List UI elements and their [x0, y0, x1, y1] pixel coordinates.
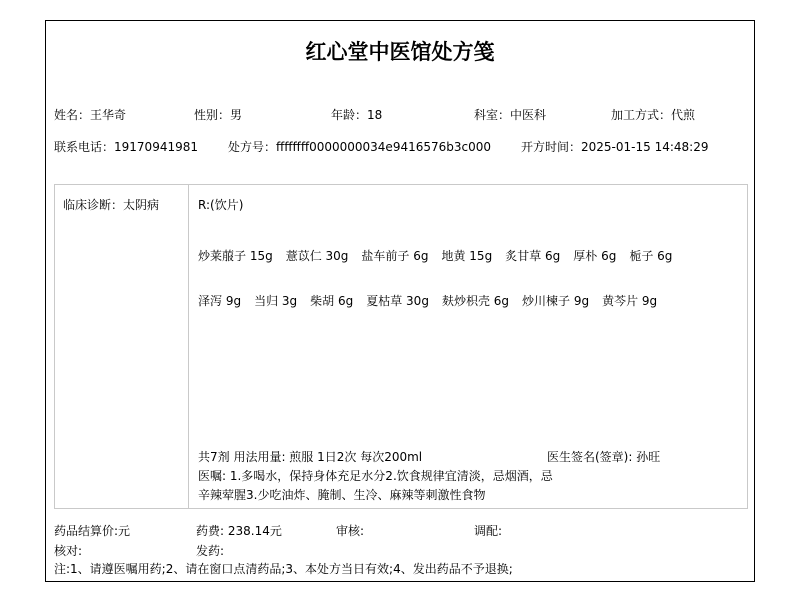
field-issued-time: 开方时间：2025-01-15 14:48:29 [521, 138, 708, 155]
herb-item: 盐车前子 6g [361, 249, 428, 263]
herb-item: 麸炒枳壳 6g [442, 294, 509, 308]
field-department: 科室：中医科 [474, 106, 546, 123]
herb-item: 当归 3g [254, 294, 297, 308]
field-rx-number-value: ffffffff0000000034e9416576b3c000 [276, 140, 491, 154]
herb-row-1: 炒莱菔子 15g薏苡仁 30g盐车前子 6g地黄 15g炙甘草 6g厚朴 6g栀… [198, 247, 685, 264]
field-department-label: 科室： [474, 108, 510, 122]
herb-item: 地黄 15g [441, 249, 492, 263]
field-issued-time-label: 开方时间： [521, 140, 581, 154]
herb-item: 黄芩片 9g [602, 294, 657, 308]
field-issue: 发药: [196, 542, 224, 559]
field-settle-price: 药品结算价:元 [54, 522, 130, 539]
doctor-signature-value: 孙旺 [636, 450, 660, 464]
prescription-sheet: 红心堂中医馆处方笺 姓名：王华奇 性别：男 年龄：18 科室：中医科 加工方式：… [45, 20, 755, 582]
herb-item: 炙甘草 6g [505, 249, 560, 263]
diagnosis-divider [188, 185, 189, 508]
field-gender-label: 性别： [194, 108, 230, 122]
field-age-value: 18 [367, 108, 382, 122]
field-rx-number: 处方号：ffffffff0000000034e9416576b3c000 [228, 138, 491, 155]
field-gender: 性别：男 [194, 106, 242, 123]
field-age-label: 年龄： [331, 108, 367, 122]
field-phone-value: 19170941981 [114, 140, 198, 154]
field-issued-time-value: 2025-01-15 14:48:29 [581, 140, 708, 154]
herb-item: 泽泻 9g [198, 294, 241, 308]
herb-item: 薏苡仁 30g [286, 249, 349, 263]
field-patient-name-label: 姓名： [54, 108, 90, 122]
herb-item: 夏枯草 30g [366, 294, 429, 308]
herb-item: 厚朴 6g [573, 249, 616, 263]
field-age: 年龄：18 [331, 106, 382, 123]
field-audit-label: 审核: [336, 524, 364, 538]
field-check: 核对: [54, 542, 82, 559]
page-title: 红心堂中医馆处方笺 [46, 36, 754, 66]
advice-line-2: 辛辣荤腥3.少吃油炸、腌制、生冷、麻辣等刺激性食物 [198, 486, 485, 503]
field-settle-price-label: 药品结算价: [54, 524, 118, 538]
field-patient-name: 姓名：王华奇 [54, 106, 126, 123]
field-processing-method-label: 加工方式： [611, 108, 671, 122]
field-patient-name-value: 王华奇 [90, 108, 126, 122]
prescription-box: 临床诊断：太阴病 R:(饮片) 炒莱菔子 15g薏苡仁 30g盐车前子 6g地黄… [54, 184, 748, 509]
usage-line: 共7剂 用法用量: 煎服 1日2次 每次200ml [198, 448, 422, 465]
field-dispense-label: 调配: [474, 524, 502, 538]
field-dispense: 调配: [474, 522, 502, 539]
footer-note: 注:1、请遵医嘱用药;2、请在窗口点清药品;3、本处方当日有效;4、发出药品不予… [54, 560, 513, 577]
field-fee: 药费: 238.14元 [196, 522, 282, 539]
field-issue-label: 发药: [196, 544, 224, 558]
herb-item: 炒川楝子 9g [522, 294, 589, 308]
herb-item: 柴胡 6g [310, 294, 353, 308]
field-diagnosis-value: 太阴病 [123, 198, 159, 212]
field-fee-value: 238.14元 [228, 524, 282, 538]
rx-header: R:(饮片) [198, 196, 243, 213]
doctor-signature-label: 医生签名(签章): [547, 450, 636, 464]
herb-item: 炒莱菔子 15g [198, 249, 273, 263]
field-audit: 审核: [336, 522, 364, 539]
field-diagnosis: 临床诊断：太阴病 [63, 196, 159, 213]
field-diagnosis-label: 临床诊断： [63, 198, 123, 212]
field-processing-method: 加工方式：代煎 [611, 106, 695, 123]
advice-line-1: 医嘱: 1.多喝水，保持身体充足水分2.饮食规律宜清淡，忌烟酒，忌 [198, 467, 553, 484]
field-fee-label: 药费: [196, 524, 228, 538]
herb-row-2: 泽泻 9g当归 3g柴胡 6g夏枯草 30g麸炒枳壳 6g炒川楝子 9g黄芩片 … [198, 292, 670, 309]
field-settle-price-value: 元 [118, 524, 130, 538]
field-processing-method-value: 代煎 [671, 108, 695, 122]
field-rx-number-label: 处方号： [228, 140, 276, 154]
doctor-signature: 医生签名(签章): 孙旺 [547, 448, 660, 465]
herb-item: 栀子 6g [629, 249, 672, 263]
field-check-label: 核对: [54, 544, 82, 558]
field-phone-label: 联系电话： [54, 140, 114, 154]
field-gender-value: 男 [230, 108, 242, 122]
field-department-value: 中医科 [510, 108, 546, 122]
field-phone: 联系电话：19170941981 [54, 138, 198, 155]
